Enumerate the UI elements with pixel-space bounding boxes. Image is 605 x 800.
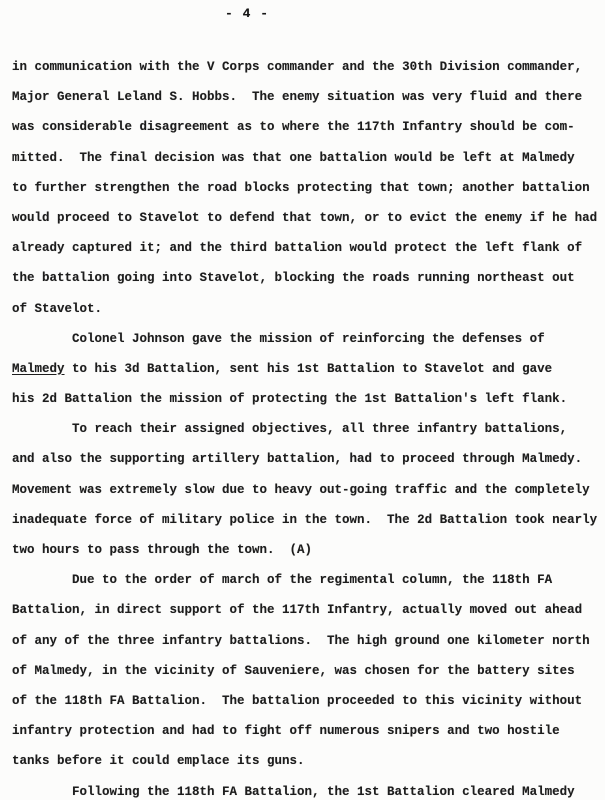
text-line: would proceed to Stavelot to defend that… xyxy=(12,203,602,233)
text-line: inadequate force of military police in t… xyxy=(12,505,602,535)
text-line: Major General Leland S. Hobbs. The enemy… xyxy=(12,82,602,112)
text-line: in communication with the V Corps comman… xyxy=(12,52,602,82)
text-line: To reach their assigned objectives, all … xyxy=(12,414,602,444)
text-line: Colonel Johnson gave the mission of rein… xyxy=(12,324,602,354)
text-segment: to his 3d Battalion, sent his 1st Battal… xyxy=(65,362,553,376)
text-line: Following the 118th FA Battalion, the 1s… xyxy=(12,777,602,800)
text-line: his 2d Battalion the mission of protecti… xyxy=(12,384,602,414)
text-line: the battalion going into Stavelot, block… xyxy=(12,263,602,293)
text-line: of Malmedy, in the vicinity of Sauvenier… xyxy=(12,656,602,686)
document-page: - 4 - in communication with the V Corps … xyxy=(0,0,605,800)
page-number: - 4 - xyxy=(225,6,269,21)
text-line: of Stavelot. xyxy=(12,294,602,324)
text-line: tanks before it could emplace its guns. xyxy=(12,746,602,776)
document-body: in communication with the V Corps comman… xyxy=(12,52,602,800)
text-line: to further strengthen the road blocks pr… xyxy=(12,173,602,203)
text-line: Malmedy to his 3d Battalion, sent his 1s… xyxy=(12,354,602,384)
text-line: infantry protection and had to fight off… xyxy=(12,716,602,746)
text-line: Movement was extremely slow due to heavy… xyxy=(12,475,602,505)
text-line: Battalion, in direct support of the 117t… xyxy=(12,595,602,625)
text-line: was considerable disagreement as to wher… xyxy=(12,112,602,142)
text-line: and also the supporting artillery battal… xyxy=(12,444,602,474)
underlined-text: Malmedy xyxy=(12,362,65,376)
text-line: of the 118th FA Battalion. The battalion… xyxy=(12,686,602,716)
text-line: Due to the order of march of the regimen… xyxy=(12,565,602,595)
text-line: of any of the three infantry battalions.… xyxy=(12,626,602,656)
text-line: two hours to pass through the town. (A) xyxy=(12,535,602,565)
text-line: already captured it; and the third batta… xyxy=(12,233,602,263)
text-line: mitted. The final decision was that one … xyxy=(12,143,602,173)
